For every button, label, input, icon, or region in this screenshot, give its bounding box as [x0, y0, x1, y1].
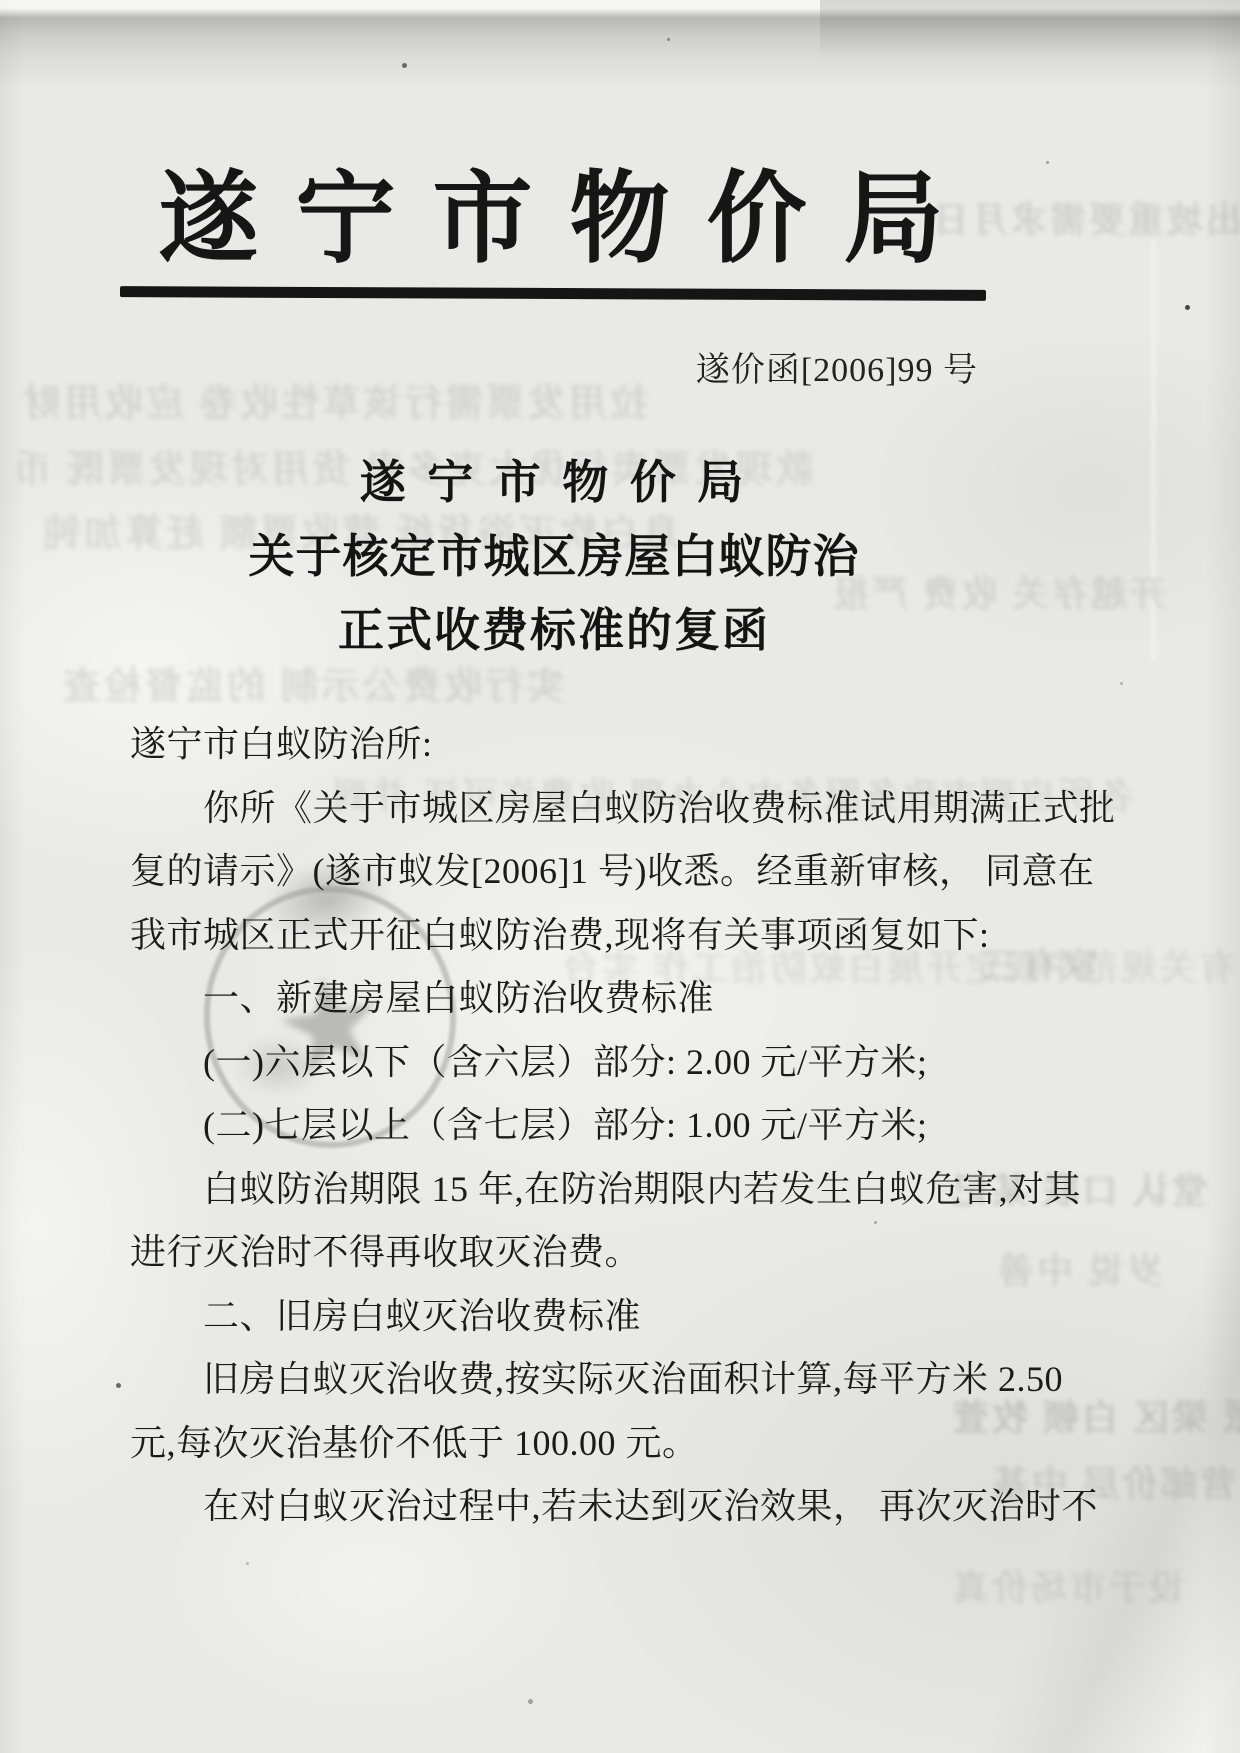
letter-body: 遂宁市白蚁防治所: 你所《关于市城区房屋白蚁防治收费标准试用期满正式批 复的请示…	[130, 713, 1046, 1539]
recipient-line: 遂宁市白蚁防治所:	[130, 713, 1046, 777]
letterhead-org-name: 遂 宁 市 物 价 局	[120, 138, 988, 282]
body-line: 在对白蚁灭治过程中,若未达到灭治效果， 再次灭治时不	[130, 1475, 1046, 1539]
doc-title-line3: 正式收费标准的复函	[120, 594, 988, 660]
body-line: 复的请示》(遂市蚁发[2006]1 号)收悉。经重新审核， 同意在	[130, 840, 1046, 904]
bleedthrough-line: 设于市场价真	[950, 1560, 1184, 1611]
body-line: 进行灭治时不得再收取灭治费。	[130, 1221, 1046, 1285]
body-line: 元,每次灭治基价不低于 100.00 元。	[130, 1412, 1046, 1476]
scan-specks	[0, 0, 3, 3]
body-line: 你所《关于市城区房屋白蚁防治收费标准试用期满正式批	[130, 777, 1046, 841]
body-line: (一)六层以下（含六层）部分: 2.00 元/平方米;	[130, 1031, 1046, 1095]
body-line: 一、新建房屋白蚁防治收费标准	[130, 967, 1046, 1031]
body-line: 旧房白蚁灭治收费,按实际灭治面积计算,每平方米 2.50	[130, 1348, 1046, 1412]
body-line: 白蚁防治期限 15 年,在防治期限内若发生白蚁危害,对其	[130, 1158, 1046, 1222]
scan-shadow-top-right	[820, 0, 1240, 70]
paper-crease	[1152, 240, 1155, 660]
document-number: 遂价函[2006]99 号	[120, 342, 978, 391]
letterhead-rule	[120, 286, 986, 301]
scan-shadow-top	[0, 0, 1240, 95]
bleedthrough-line: 实行收费公示制 的监督检查	[60, 655, 565, 710]
scanned-official-letter-page: 货出坡重要需求月日 拉用发票需行该草性收卷 应收用财 款现发票卖行优大克多卖 货…	[0, 0, 1240, 1753]
body-line: 我市城区正式开征白蚁防治费,现将有关事项函复如下:	[130, 904, 1046, 968]
doc-title-line2: 关于核定市城区房屋白蚁防治	[120, 520, 988, 586]
doc-title-line1: 遂 宁 市 物 价 局	[120, 446, 988, 512]
body-line: (二)七层以上（含七层）部分: 1.00 元/平方米;	[130, 1094, 1046, 1158]
body-line: 二、旧房白蚁灭治收费标准	[130, 1285, 1046, 1349]
